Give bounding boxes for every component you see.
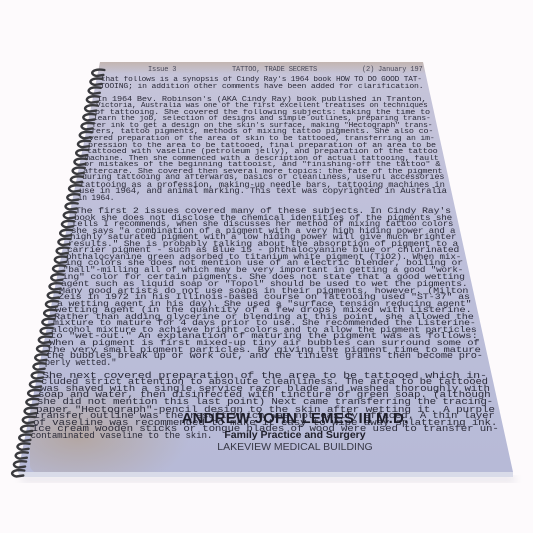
spiral-coil	[26, 399, 38, 405]
spiral-coil	[53, 265, 65, 271]
spiral-coil	[48, 292, 60, 298]
spiral-coil	[44, 310, 56, 316]
spiral-coil	[82, 123, 94, 129]
spiral-coil	[73, 167, 85, 173]
spiral-coil	[37, 345, 49, 351]
spiral-coil	[25, 408, 37, 414]
spiral-coil	[76, 150, 88, 156]
spiral-coil	[74, 159, 86, 165]
spiral-coil	[83, 114, 95, 120]
spiral-coil	[55, 256, 67, 262]
spiral-coil	[60, 230, 72, 236]
spiral-coil	[71, 176, 83, 182]
spiral-coil	[51, 274, 63, 280]
spiral-coil	[69, 185, 81, 191]
spiral-coil	[62, 221, 74, 227]
spiral-coil	[66, 203, 78, 209]
spiral-coil	[30, 381, 42, 387]
spiral-coil	[42, 319, 54, 325]
spiral-coil	[17, 443, 29, 449]
spiral-coil	[21, 426, 33, 432]
spiral-coil	[50, 283, 62, 289]
spiral-coil	[46, 301, 58, 307]
spiral-coil	[32, 372, 44, 378]
spiral-coil	[35, 354, 47, 360]
spiral-coil	[67, 194, 79, 200]
spiral-coil	[57, 248, 69, 254]
spiral-coil	[87, 96, 99, 102]
spiral-coil	[78, 141, 90, 147]
spiral-coil	[33, 363, 45, 369]
spiral-coil	[58, 239, 70, 245]
spiral-coil	[90, 78, 102, 84]
spiral-coil	[23, 417, 35, 423]
spiral-coil	[19, 434, 31, 440]
spiral-coil	[80, 132, 92, 138]
spiral-coil	[41, 328, 53, 334]
spiral-coil	[16, 452, 28, 458]
spiral-coil	[14, 461, 26, 467]
spiral-coil	[89, 87, 101, 93]
spiral-coil	[85, 105, 97, 111]
spiral-binding	[0, 0, 533, 533]
spiral-coil	[92, 70, 104, 76]
spiral-coil	[28, 390, 40, 396]
spiral-coil	[12, 470, 24, 476]
spiral-coil	[64, 212, 76, 218]
spiral-coil	[39, 337, 51, 343]
